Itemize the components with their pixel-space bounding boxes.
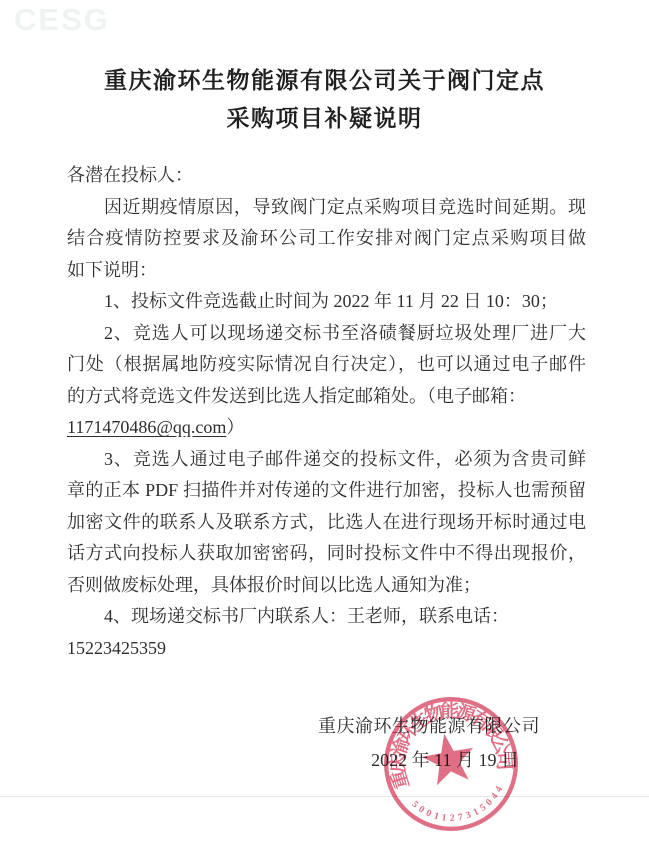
svg-text:5001127315044: 5001127315044 xyxy=(408,783,510,831)
item-3-line-4: 话方式向投标人获取加密密码，同时投标文件中不得出现报价， xyxy=(67,538,586,570)
signature-company-name: 重庆渝环生物能源有限公司 xyxy=(0,712,540,738)
scan-artifact-line xyxy=(0,796,649,797)
contact-phone-number: 15223425359 xyxy=(67,633,586,665)
email-close-paren: ） xyxy=(226,417,244,437)
item-2-line-3: 的方式将竞选文件发送到比选人指定邮箱处。（电子邮箱： xyxy=(67,381,586,413)
item-2-line-4: 1171470486@qq.com） xyxy=(67,412,586,444)
signature-date: 2022 年 11 月 19 日 xyxy=(0,746,519,772)
paragraph-1-line-2: 结合疫情防控要求及渝环公司工作安排对阀门定点采购项目做 xyxy=(67,223,586,255)
scanned-document-page: CESG 重庆渝环生物能源有限公司关于阀门定点 采购项目补疑说明 各潜在投标人：… xyxy=(0,0,649,867)
email-address: 1171470486@qq.com xyxy=(67,417,226,437)
item-3-line-5: 否则做废标处理，具体报价时间以比选人通知为准； xyxy=(67,570,586,602)
scanner-watermark: CESG xyxy=(14,2,110,38)
salutation: 各潜在投标人： xyxy=(67,160,586,192)
item-1: 1、投标文件竞选截止时间为 2022 年 11 月 22 日 10：30； xyxy=(67,286,586,318)
paragraph-1-line-3: 如下说明： xyxy=(67,255,586,287)
document-title: 重庆渝环生物能源有限公司关于阀门定点 采购项目补疑说明 xyxy=(0,62,649,138)
seal-company-name: 重庆渝环生物能源有限公司 xyxy=(376,689,516,791)
item-2-line-1: 2、竞选人可以现场递交标书至洛碛餐厨垃圾处理厂进厂大 xyxy=(67,318,586,350)
document-body: 各潜在投标人： 因近期疫情原因，导致阀门定点采购项目竞选时间延期。现 结合疫情防… xyxy=(67,160,586,664)
svg-text:重庆渝环生物能源有限公司: 重庆渝环生物能源有限公司 xyxy=(376,689,516,791)
document-title-line-1: 重庆渝环生物能源有限公司关于阀门定点 xyxy=(0,62,649,100)
document-title-line-2: 采购项目补疑说明 xyxy=(0,100,649,138)
item-3-line-2: 章的正本 PDF 扫描件并对传递的文件进行加密，投标人也需预留 xyxy=(67,475,586,507)
item-3-line-3: 加密文件的联系人及联系方式，比选人在进行现场开标时通过电 xyxy=(67,507,586,539)
item-4-line-1: 4、现场递交标书厂内联系人：王老师，联系电话： xyxy=(67,601,586,633)
paragraph-1-line-1: 因近期疫情原因，导致阀门定点采购项目竞选时间延期。现 xyxy=(67,192,586,224)
item-3-line-1: 3、竞选人通过电子邮件递交的投标文件，必须为含贵司鲜 xyxy=(67,444,586,476)
item-2-line-2: 门处（根据属地防疫实际情况自行决定），也可以通过电子邮件 xyxy=(67,349,586,381)
seal-registration-number: 5001127315044 xyxy=(408,783,510,831)
